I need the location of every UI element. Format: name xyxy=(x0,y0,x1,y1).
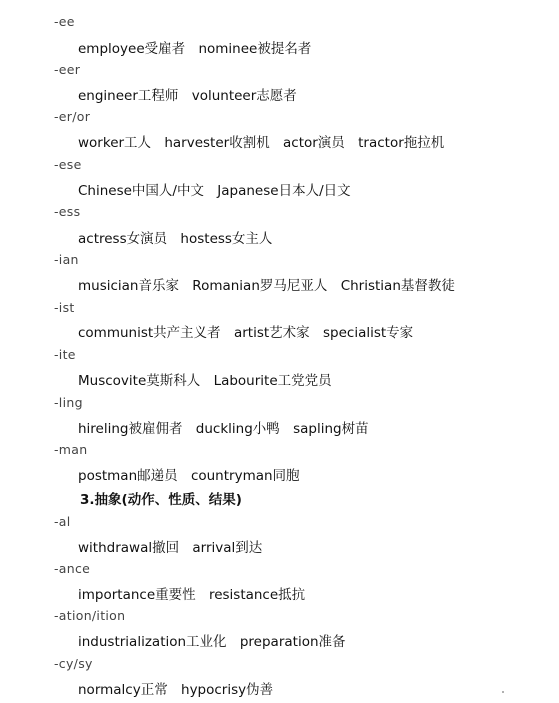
example-line: Muscovite莫斯科人 Labourite工党党员 xyxy=(78,369,341,389)
example-word: hostess女主人 xyxy=(180,231,272,247)
suffix-label: -ess xyxy=(54,204,80,219)
suffix-label: -ling xyxy=(54,395,83,410)
suffix-label: -ance xyxy=(54,561,90,576)
suffix-label: -ation/ition xyxy=(54,608,125,623)
example-line: Chinese中国人/中文 Japanese日本人/日文 xyxy=(78,179,360,199)
example-line: postman邮递员 countryman同胞 xyxy=(78,464,309,484)
example-word: employee受雇者 xyxy=(78,41,185,57)
example-line: communist共产主义者 artist艺术家 specialist专家 xyxy=(78,321,422,341)
example-line: industrialization工业化 preparation准备 xyxy=(78,630,355,650)
suffix-label: -ee xyxy=(54,14,75,29)
example-word: worker工人 xyxy=(78,135,151,151)
example-line: engineer工程师 volunteer志愿者 xyxy=(78,84,306,104)
example-word: Christian基督教徒 xyxy=(341,278,455,294)
example-word: musician音乐家 xyxy=(78,278,179,294)
example-word: arrival到达 xyxy=(192,540,262,556)
example-word: communist共产主义者 xyxy=(78,325,221,341)
example-word: actor演员 xyxy=(283,135,345,151)
example-word: postman邮递员 xyxy=(78,468,178,484)
example-word: sapling树苗 xyxy=(293,421,369,437)
example-word: actress女演员 xyxy=(78,231,167,247)
example-word: Labourite工党党员 xyxy=(214,373,332,389)
example-line: employee受雇者 nominee被提名者 xyxy=(78,37,320,57)
example-word: specialist专家 xyxy=(323,325,413,341)
example-word: Japanese日本人/日文 xyxy=(217,183,350,199)
example-word: duckling小鸭 xyxy=(196,421,280,437)
example-word: tractor拖拉机 xyxy=(358,135,444,151)
example-word: countryman同胞 xyxy=(191,468,300,484)
example-word: nominee被提名者 xyxy=(198,41,311,57)
example-line: withdrawal撤回 arrival到达 xyxy=(78,536,271,556)
suffix-label: -ian xyxy=(54,252,79,267)
example-word: importance重要性 xyxy=(78,587,196,603)
example-word: preparation准备 xyxy=(240,634,346,650)
example-word: Romanian罗马尼亚人 xyxy=(192,278,327,294)
suffix-label: -man xyxy=(54,442,87,457)
example-word: Chinese中国人/中文 xyxy=(78,183,204,199)
example-line: normalcy正常 hypocrisy伪善 xyxy=(78,678,282,698)
example-word: Muscovite莫斯科人 xyxy=(78,373,200,389)
suffix-label: -ist xyxy=(54,300,75,315)
example-word: engineer工程师 xyxy=(78,88,178,104)
suffix-label: -ese xyxy=(54,157,82,172)
suffix-label: -er/or xyxy=(54,109,90,124)
example-line: actress女演员 hostess女主人 xyxy=(78,227,281,247)
example-word: harvester收割机 xyxy=(164,135,269,151)
example-word: industrialization工业化 xyxy=(78,634,227,650)
example-line: musician音乐家 Romanian罗马尼亚人 Christian基督教徒 xyxy=(78,274,464,294)
example-word: hireling被雇佣者 xyxy=(78,421,183,437)
example-word: volunteer志愿者 xyxy=(192,88,297,104)
section-heading: 3.抽象(动作、性质、结果) xyxy=(80,488,242,508)
suffix-label: -eer xyxy=(54,62,80,77)
suffix-label: -cy/sy xyxy=(54,656,93,671)
example-word: withdrawal撤回 xyxy=(78,540,179,556)
example-line: worker工人 harvester收割机 actor演员 tractor拖拉机 xyxy=(78,131,453,151)
example-word: normalcy正常 xyxy=(78,682,168,698)
example-word: artist艺术家 xyxy=(234,325,310,341)
scan-artifact-dot xyxy=(502,691,504,693)
document-page: -ee employee受雇者 nominee被提名者 -eer enginee… xyxy=(0,0,559,703)
example-line: hireling被雇佣者 duckling小鸭 sapling树苗 xyxy=(78,417,378,437)
suffix-label: -ite xyxy=(54,347,76,362)
example-word: hypocrisy伪善 xyxy=(181,682,273,698)
example-word: resistance抵抗 xyxy=(209,587,305,603)
suffix-label: -al xyxy=(54,514,71,529)
example-line: importance重要性 resistance抵抗 xyxy=(78,583,314,603)
